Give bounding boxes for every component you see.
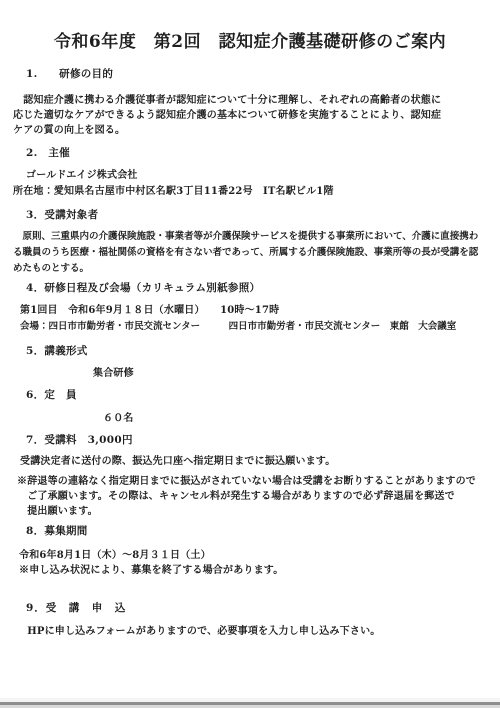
organizer-address: 所在地：愛知県名古屋市中村区名駅3丁目11番22号 IT名駅ビル1階 [13, 184, 500, 199]
capacity-value: ６０名 [103, 411, 500, 426]
heading-application-period: 8．募集期間 [26, 524, 500, 539]
document-title: 令和6年度 第2回 認知症介護基礎研修のご案内 [0, 30, 500, 54]
application-period-note: ※申し込み状況により、募集を終了する場合があります。 [19, 563, 500, 578]
schedule-line: 第1回目 令和6年9月１８日（水曜日） 10時～17時 [20, 303, 500, 318]
organizer-name: ゴールドエイジ株式会社 [26, 168, 500, 183]
lecture-format-value: 集合研修 [93, 366, 500, 381]
heading-schedule-venue: 4．研修日程及び会場（カリキュラム別紙参照） [26, 281, 500, 296]
fee-cancellation-note: ※辞退等の連絡なく指定期日までに振込がされていない場合は受講をお断りすることがあ… [17, 474, 500, 519]
venue-line: 会場：四日市市勤労者・市民交流センター 四日市市勤労者・市民交流センター 東館 … [20, 319, 500, 334]
eligibility-text: 原則、三重県内の介護保険施設・事業者等が介護保険サービスを提供する事業所において… [13, 229, 500, 277]
application-note: HPに申し込みフォームがありますので、必要事項を入力し申し込み下さい。 [17, 624, 500, 639]
document-page: 令和6年度 第2回 認知症介護基礎研修のご案内 1. 研修の目的 認知症介護に携… [0, 0, 500, 708]
heading-lecture-format: 5．講義形式 [26, 344, 500, 359]
heading-purpose: 1. 研修の目的 [26, 67, 500, 82]
fee-payment-note: 受講決定者に送付の際、振込先口座へ指定期日までに振込願います。 [20, 454, 500, 469]
application-period-dates: 令和6年8月1日（木）～8月３１日（土） [19, 548, 500, 563]
heading-capacity: 6．定 員 [26, 388, 500, 403]
heading-organizer: 2. 主催 [26, 146, 500, 161]
heading-application: 9．受 講 申 込 [26, 601, 500, 616]
heading-eligibility: 3．受講対象者 [26, 208, 500, 223]
purpose-text: 認知症介護に携わる介護従事者が認知症について十分に理解し、それぞれの高齢者の状態… [13, 93, 500, 139]
heading-fee: 7．受講料 3,000円 [26, 433, 500, 448]
